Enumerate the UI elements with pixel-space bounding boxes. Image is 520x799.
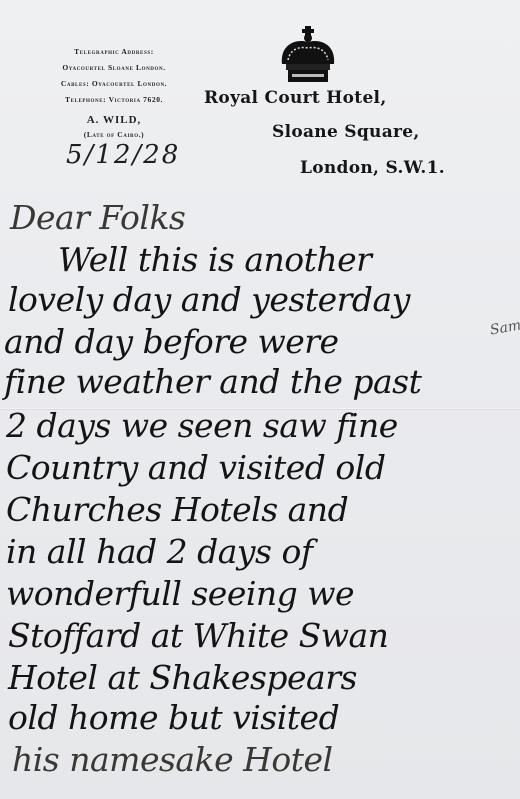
letter-line-8: in all had 2 days of bbox=[6, 532, 520, 571]
letter-line-3: and day before were bbox=[4, 322, 520, 361]
letter-page: Telegraphic Address: Oyacourtel Sloane L… bbox=[0, 0, 520, 799]
letter-line-4: fine weather and the past bbox=[4, 362, 520, 401]
letter-date: 5/12/28 bbox=[66, 140, 180, 170]
address-line-2: London, S.W.1. bbox=[300, 158, 445, 178]
letter-line-1: Well this is another bbox=[58, 240, 520, 279]
letter-line-2: lovely day and yesterday bbox=[8, 280, 520, 319]
letter-line-6: Country and visited old bbox=[6, 448, 520, 487]
address-line-1: Sloane Square, bbox=[272, 122, 420, 142]
letter-line-9: wonderfull seeing we bbox=[6, 574, 520, 613]
telephone-number: Telephone: Victoria 7620. bbox=[24, 92, 204, 108]
crown-icon bbox=[276, 24, 340, 88]
hotel-name: Royal Court Hotel, bbox=[204, 88, 387, 108]
letter-line-7: Churches Hotels and bbox=[6, 490, 520, 529]
letter-line-12: old home but visited bbox=[8, 698, 520, 737]
letterhead-contact-block: Telegraphic Address: Oyacourtel Sloane L… bbox=[24, 44, 204, 142]
telegraphic-address: Oyacourtel Sloane London. bbox=[24, 60, 204, 76]
telegraphic-label: Telegraphic Address: bbox=[24, 44, 204, 60]
salutation: Dear Folks bbox=[10, 198, 520, 237]
letter-line-10: Stoffard at White Swan bbox=[8, 616, 520, 655]
letter-line-13: his namesake Hotel bbox=[12, 740, 520, 779]
cables-address: Cables: Oyacourtel London. bbox=[24, 76, 204, 92]
letter-line-11: Hotel at Shakespears bbox=[8, 658, 520, 697]
letter-line-5: 2 days we seen saw fine bbox=[6, 406, 520, 445]
proprietor-name: A. WILD, bbox=[24, 112, 204, 128]
